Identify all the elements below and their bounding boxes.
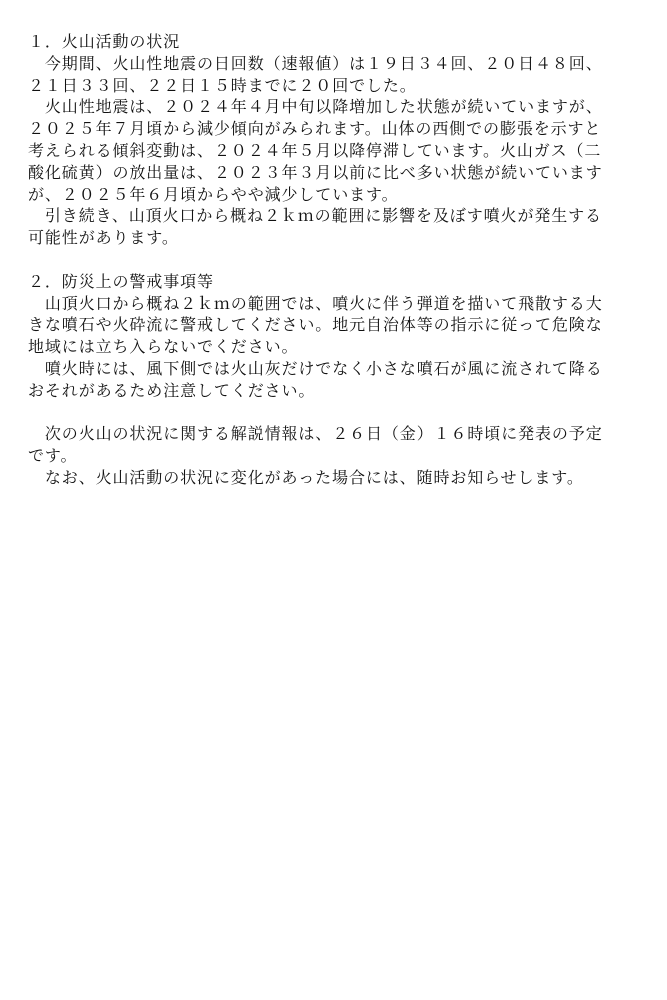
paragraph-eruption-possibility: 引き続き、山頂火口から概ね２ｋｍの範囲に影響を及ぼす噴火が発生する 可能性があり… xyxy=(28,205,648,249)
paragraph-earthquake-counts: 今期間、火山性地震の日回数（速報値）は１９日３４回、２０日４８回、 ２１日３３回… xyxy=(28,53,648,97)
spacer xyxy=(28,402,648,424)
spacer xyxy=(28,249,648,271)
text-line: 可能性があります。 xyxy=(28,227,648,249)
paragraph-warning-area: 山頂火口から概ね２ｋｍの範囲では、噴火に伴う弾道を描いて飛散する大 きな噴石や火… xyxy=(28,293,648,358)
section-heading-volcanic-activity: １．火山活動の状況 xyxy=(28,31,648,53)
paragraph-ash-caution: 噴火時には、風下側では火山灰だけでなく小さな噴石が風に流されて降る おそれがある… xyxy=(28,358,648,402)
text-line: なお、火山活動の状況に変化があった場合には、随時お知らせします。 xyxy=(28,467,648,489)
section-heading-disaster-prevention: ２．防災上の警戒事項等 xyxy=(28,271,648,293)
paragraph-activity-trend: 火山性地震は、２０２４年４月中旬以降増加した状態が続いていますが、 ２０２５年７… xyxy=(28,96,648,205)
text-line: 酸化硫黄）の放出量は、２０２３年３月以前に比べ多い状態が続いています xyxy=(28,162,648,184)
text-line: 次の火山の状況に関する解説情報は、２６日（金）１６時頃に発表の予定 xyxy=(28,423,648,445)
text-line: ２０２５年７月頃から減少傾向がみられます。山体の西側での膨張を示すと xyxy=(28,118,648,140)
paragraph-updates-notice: なお、火山活動の状況に変化があった場合には、随時お知らせします。 xyxy=(28,467,648,489)
text-line: きな噴石や火砕流に警戒してください。地元自治体等の指示に従って危険な xyxy=(28,314,648,336)
text-line: 山頂火口から概ね２ｋｍの範囲では、噴火に伴う弾道を描いて飛散する大 xyxy=(28,293,648,315)
text-line: おそれがあるため注意してください。 xyxy=(28,380,648,402)
text-line: ２１日３３回、２２日１５時までに２０回でした。 xyxy=(28,75,648,97)
text-line: 考えられる傾斜変動は、２０２４年５月以降停滞しています。火山ガス（二 xyxy=(28,140,648,162)
text-line: です。 xyxy=(28,445,648,467)
text-line: 引き続き、山頂火口から概ね２ｋｍの範囲に影響を及ぼす噴火が発生する xyxy=(28,205,648,227)
text-line: 地域には立ち入らないでください。 xyxy=(28,336,648,358)
text-line: 火山性地震は、２０２４年４月中旬以降増加した状態が続いていますが、 xyxy=(28,96,648,118)
text-line: 今期間、火山性地震の日回数（速報値）は１９日３４回、２０日４８回、 xyxy=(28,53,648,75)
paragraph-next-bulletin: 次の火山の状況に関する解説情報は、２６日（金）１６時頃に発表の予定 です。 xyxy=(28,423,648,467)
text-line: 噴火時には、風下側では火山灰だけでなく小さな噴石が風に流されて降る xyxy=(28,358,648,380)
volcano-bulletin-document: １．火山活動の状況 今期間、火山性地震の日回数（速報値）は１９日３４回、２０日４… xyxy=(28,31,648,489)
text-line: が、２０２５年６月頃からやや減少しています。 xyxy=(28,184,648,206)
